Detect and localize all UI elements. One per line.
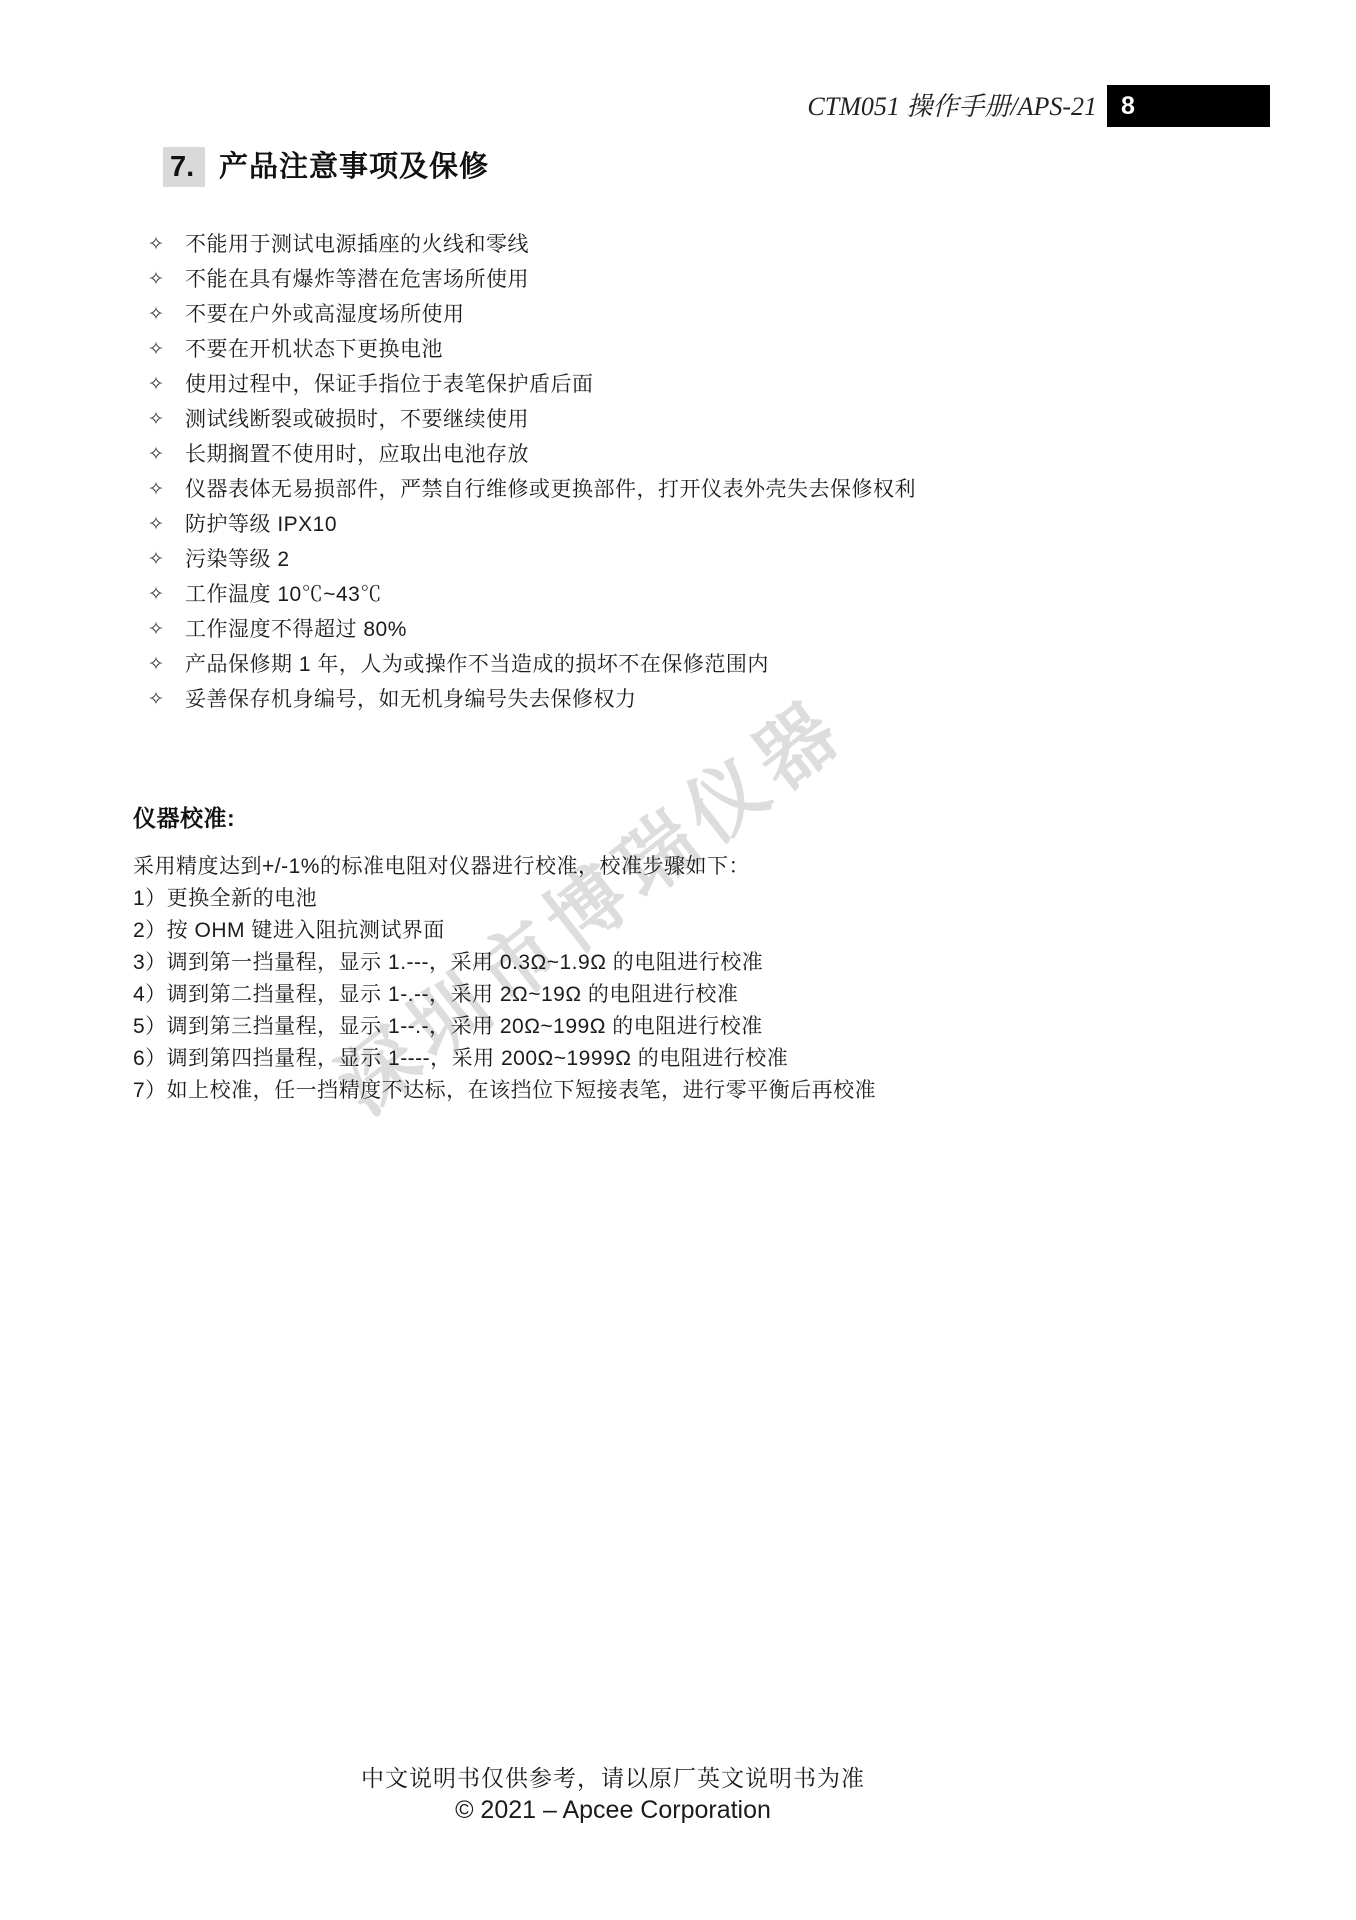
note-text: 污染等级 2 xyxy=(185,542,290,577)
diamond-bullet-icon: ✧ xyxy=(148,472,185,507)
page-number-box: 8 xyxy=(1107,85,1270,127)
note-text: 长期搁置不使用时，应取出电池存放 xyxy=(185,437,529,472)
note-item: ✧不能在具有爆炸等潜在危害场所使用 xyxy=(148,262,916,297)
diamond-bullet-icon: ✧ xyxy=(148,402,185,437)
section-number: 7. xyxy=(163,147,205,187)
note-item: ✧污染等级 2 xyxy=(148,542,916,577)
calibration-step: 3）调到第一挡量程，显示 1.---，采用 0.3Ω~1.9Ω 的电阻进行校准 xyxy=(133,947,876,979)
note-item: ✧工作湿度不得超过 80% xyxy=(148,612,916,647)
calibration-step: 7）如上校准，任一挡精度不达标，在该挡位下短接表笔，进行零平衡后再校准 xyxy=(133,1075,876,1107)
calibration-steps: 1）更换全新的电池2）按 OHM 键进入阻抗测试界面3）调到第一挡量程，显示 1… xyxy=(133,883,876,1107)
diamond-bullet-icon: ✧ xyxy=(148,437,185,472)
note-text: 防护等级 IPX10 xyxy=(185,507,337,542)
calibration-step: 1）更换全新的电池 xyxy=(133,883,876,915)
note-text: 测试线断裂或破损时，不要继续使用 xyxy=(185,402,529,437)
diamond-bullet-icon: ✧ xyxy=(148,612,185,647)
notes-list: ✧不能用于测试电源插座的火线和零线✧不能在具有爆炸等潜在危害场所使用✧不要在户外… xyxy=(148,227,916,717)
note-item: ✧产品保修期 1 年，人为或操作不当造成的损坏不在保修范围内 xyxy=(148,647,916,682)
note-text: 仪器表体无易损部件，严禁自行维修或更换部件，打开仪表外壳失去保修权利 xyxy=(185,472,916,507)
diamond-bullet-icon: ✧ xyxy=(148,542,185,577)
diamond-bullet-icon: ✧ xyxy=(148,332,185,367)
note-text: 产品保修期 1 年，人为或操作不当造成的损坏不在保修范围内 xyxy=(185,647,769,682)
diamond-bullet-icon: ✧ xyxy=(148,577,185,612)
note-item: ✧仪器表体无易损部件，严禁自行维修或更换部件，打开仪表外壳失去保修权利 xyxy=(148,472,916,507)
note-item: ✧不能用于测试电源插座的火线和零线 xyxy=(148,227,916,262)
calibration-heading: 仪器校准: xyxy=(133,800,235,833)
note-text: 不要在户外或高湿度场所使用 xyxy=(185,297,465,332)
section-heading: 7. 产品注意事项及保修 xyxy=(163,147,489,187)
note-item: ✧防护等级 IPX10 xyxy=(148,507,916,542)
note-item: ✧不要在开机状态下更换电池 xyxy=(148,332,916,367)
section-title: 产品注意事项及保修 xyxy=(219,147,489,187)
page-number: 8 xyxy=(1121,92,1135,121)
note-item: ✧使用过程中，保证手指位于表笔保护盾后面 xyxy=(148,367,916,402)
note-item: ✧工作温度 10℃~43℃ xyxy=(148,577,916,612)
note-text: 不要在开机状态下更换电池 xyxy=(185,332,443,367)
calibration-step: 6）调到第四挡量程，显示 1----，采用 200Ω~1999Ω 的电阻进行校准 xyxy=(133,1043,876,1075)
diamond-bullet-icon: ✧ xyxy=(148,262,185,297)
calibration-step: 2）按 OHM 键进入阻抗测试界面 xyxy=(133,915,876,947)
note-item: ✧测试线断裂或破损时，不要继续使用 xyxy=(148,402,916,437)
diamond-bullet-icon: ✧ xyxy=(148,297,185,332)
note-text: 工作湿度不得超过 80% xyxy=(185,612,407,647)
note-text: 使用过程中，保证手指位于表笔保护盾后面 xyxy=(185,367,594,402)
note-text: 工作温度 10℃~43℃ xyxy=(185,577,382,612)
calibration-intro: 采用精度达到+/-1%的标准电阻对仪器进行校准，校准步骤如下： xyxy=(133,851,750,883)
footer-note: 中文说明书仅供参考，请以原厂英文说明书为准 xyxy=(133,1760,1093,1793)
diamond-bullet-icon: ✧ xyxy=(148,227,185,262)
note-item: ✧长期搁置不使用时，应取出电池存放 xyxy=(148,437,916,472)
diamond-bullet-icon: ✧ xyxy=(148,682,185,717)
diamond-bullet-icon: ✧ xyxy=(148,507,185,542)
note-text: 不能在具有爆炸等潜在危害场所使用 xyxy=(185,262,529,297)
diamond-bullet-icon: ✧ xyxy=(148,367,185,402)
calibration-step: 4）调到第二挡量程，显示 1-.--，采用 2Ω~19Ω 的电阻进行校准 xyxy=(133,979,876,1011)
calibration-step: 5）调到第三挡量程，显示 1--.-，采用 20Ω~199Ω 的电阻进行校准 xyxy=(133,1011,876,1043)
header-title: CTM051 操作手册/APS-21 xyxy=(807,86,1097,123)
note-text: 不能用于测试电源插座的火线和零线 xyxy=(185,227,529,262)
diamond-bullet-icon: ✧ xyxy=(148,647,185,682)
note-item: ✧妥善保存机身编号，如无机身编号失去保修权力 xyxy=(148,682,916,717)
note-text: 妥善保存机身编号，如无机身编号失去保修权力 xyxy=(185,682,637,717)
note-item: ✧不要在户外或高湿度场所使用 xyxy=(148,297,916,332)
footer-copyright: © 2021 – Apcee Corporation xyxy=(133,1796,1093,1825)
